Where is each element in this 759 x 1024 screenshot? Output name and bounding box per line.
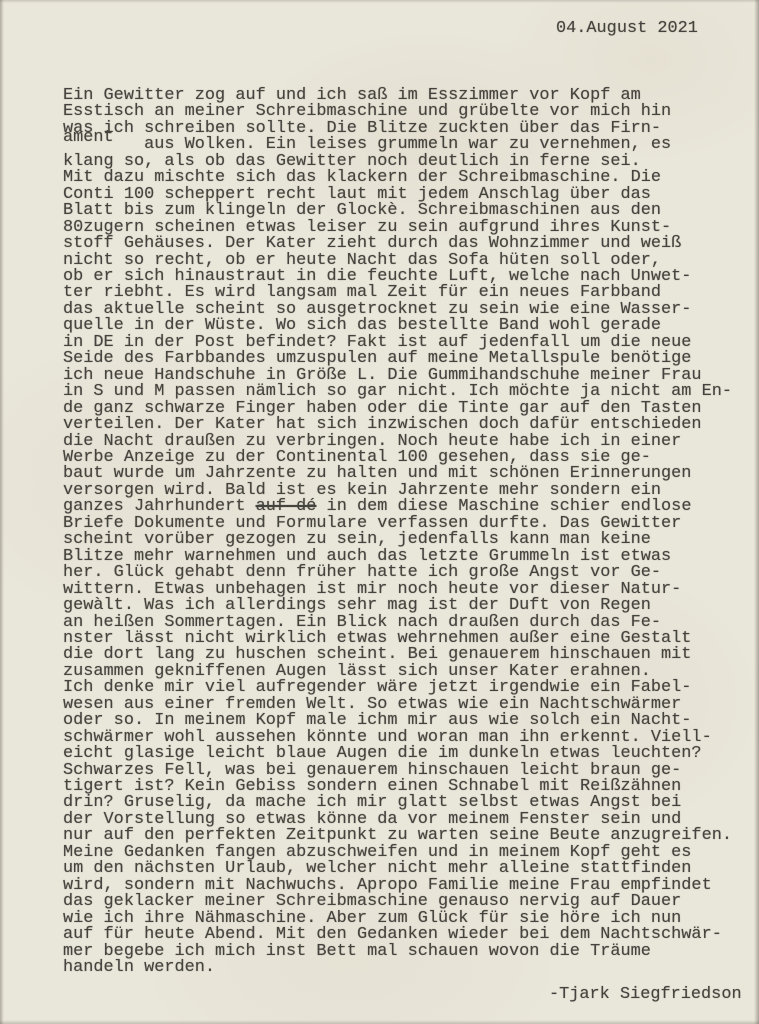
letter-paper: 04.August 2021 Ein Gewitter zog auf und … (0, 0, 759, 1024)
scan-edge-bottom (0, 1020, 759, 1024)
signature-text: -Tjark Siegfriedson (549, 987, 742, 1003)
letter-body: Ein Gewitter zog auf und ich saß im Essz… (63, 88, 732, 976)
date-text: 04.August 2021 (556, 21, 698, 37)
scan-edge-right (754, 0, 759, 1024)
scan-edge-top (0, 0, 759, 3)
scan-edge-left (0, 0, 4, 1024)
typed-line: handeln werden. (63, 960, 732, 976)
halfline-typo: ament (63, 128, 114, 147)
